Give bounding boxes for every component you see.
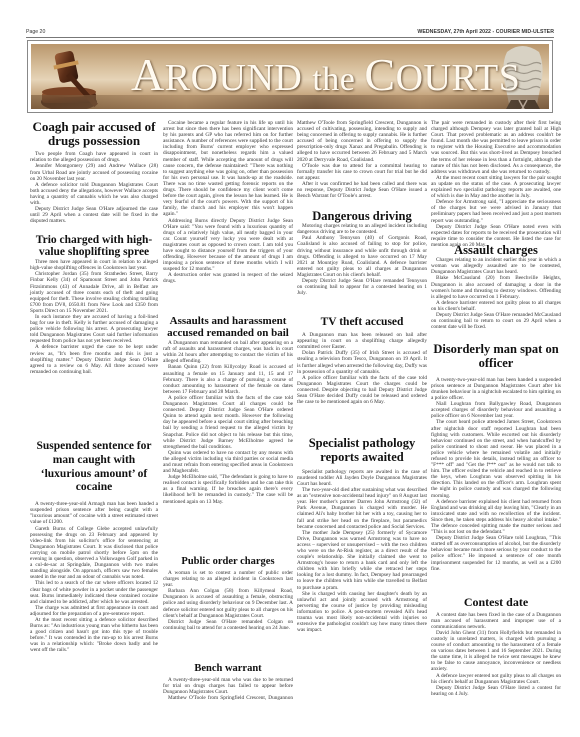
story-body: The pair were remanded in custody after … <box>431 120 561 248</box>
headline: TV theft accused <box>297 316 427 328</box>
section-banner: AROUND the COURTS <box>27 40 553 113</box>
banner-title: AROUND the COURTS <box>131 48 493 101</box>
headline: Dangerous driving <box>297 210 427 223</box>
story-contest-date: Contest date A contest date has been fix… <box>431 596 561 697</box>
headline: Public order charges <box>163 556 293 567</box>
story-body: Matthew O'Toole from Springfield Crescen… <box>297 120 427 199</box>
story-assault-charges: Assault charges Charges relating to an i… <box>431 244 561 330</box>
headline: Specialist pathology reports awaited <box>297 436 427 465</box>
story-body: A Dungannon man remanded on bail after a… <box>163 340 293 505</box>
story-body: Charges relating to an incident earlier … <box>431 257 561 330</box>
headline: Coagh pair accused of drugs possession <box>30 120 158 147</box>
page-number: Page 20 <box>26 29 45 35</box>
story-body: A twenty-three-year-old Armagh man has b… <box>30 501 158 653</box>
headline: Assault charges <box>431 244 561 257</box>
story-body: Cocaine became a regular feature in his … <box>163 120 293 285</box>
story-body: A contest date has been fixed in the cas… <box>431 612 561 697</box>
story-body: Three men have appeared in court in rela… <box>30 259 158 375</box>
story-coagh: Coagh pair accused of drugs possession T… <box>30 120 158 224</box>
story-suspended: Suspended sentence for man caught with ‘… <box>30 440 158 654</box>
story-dangerous-driving: Dangerous driving Motoring charges relat… <box>297 210 427 296</box>
story-pathology: Specialist pathology reports awaited Spe… <box>297 436 427 633</box>
story-body: Motoring charges relating to an alleged … <box>297 223 427 296</box>
page-folio: Page 20 WEDNESDAY, 27th April 2022 - COU… <box>26 29 554 38</box>
story-public-order: Public order charges A woman is set to c… <box>163 556 293 631</box>
story-trio: Trio charged with high-value shoplifting… <box>30 234 158 375</box>
story-pathology-continued: The pair were remanded in custody after … <box>431 120 561 248</box>
story-bench-warrant: Bench warrant A twenty-three-year-old ma… <box>163 663 293 701</box>
story-suspended-continued: Cocaine became a regular feature in his … <box>163 120 293 285</box>
story-body: A Dungannon man has been released on bai… <box>297 332 427 405</box>
story-body: A twenty-three-year-old man who was due … <box>163 677 293 701</box>
headline: Assaults and harassment accused remanded… <box>163 316 293 339</box>
headline: Disorderly man spat on officer <box>431 342 561 371</box>
story-tv-theft: TV theft accused A Dungannon man has bee… <box>297 316 427 405</box>
story-bench-warrant-continued: Matthew O'Toole from Springfield Crescen… <box>297 120 427 199</box>
gavel-icon <box>39 46 139 109</box>
headline: Contest date <box>431 596 561 609</box>
story-assaults: Assaults and harassment accused remanded… <box>163 316 293 505</box>
issue-date: WEDNESDAY, 27th April 2022 - COURIER MID… <box>417 29 554 35</box>
headline: Bench warrant <box>163 663 293 674</box>
story-body: Two people from Coagh have appeared in c… <box>30 151 158 224</box>
story-body: A woman is set to contest a number of pu… <box>163 570 293 631</box>
headline: Trio charged with high-value shoplifting… <box>30 234 158 258</box>
story-body: Specialist pathology reports are awaited… <box>297 469 427 634</box>
story-body: A twenty-two-year-old man has been hande… <box>431 377 561 572</box>
story-disorderly: Disorderly man spat on officer A twenty-… <box>431 342 561 572</box>
headline: Suspended sentence for man caught with ‘… <box>30 440 158 495</box>
